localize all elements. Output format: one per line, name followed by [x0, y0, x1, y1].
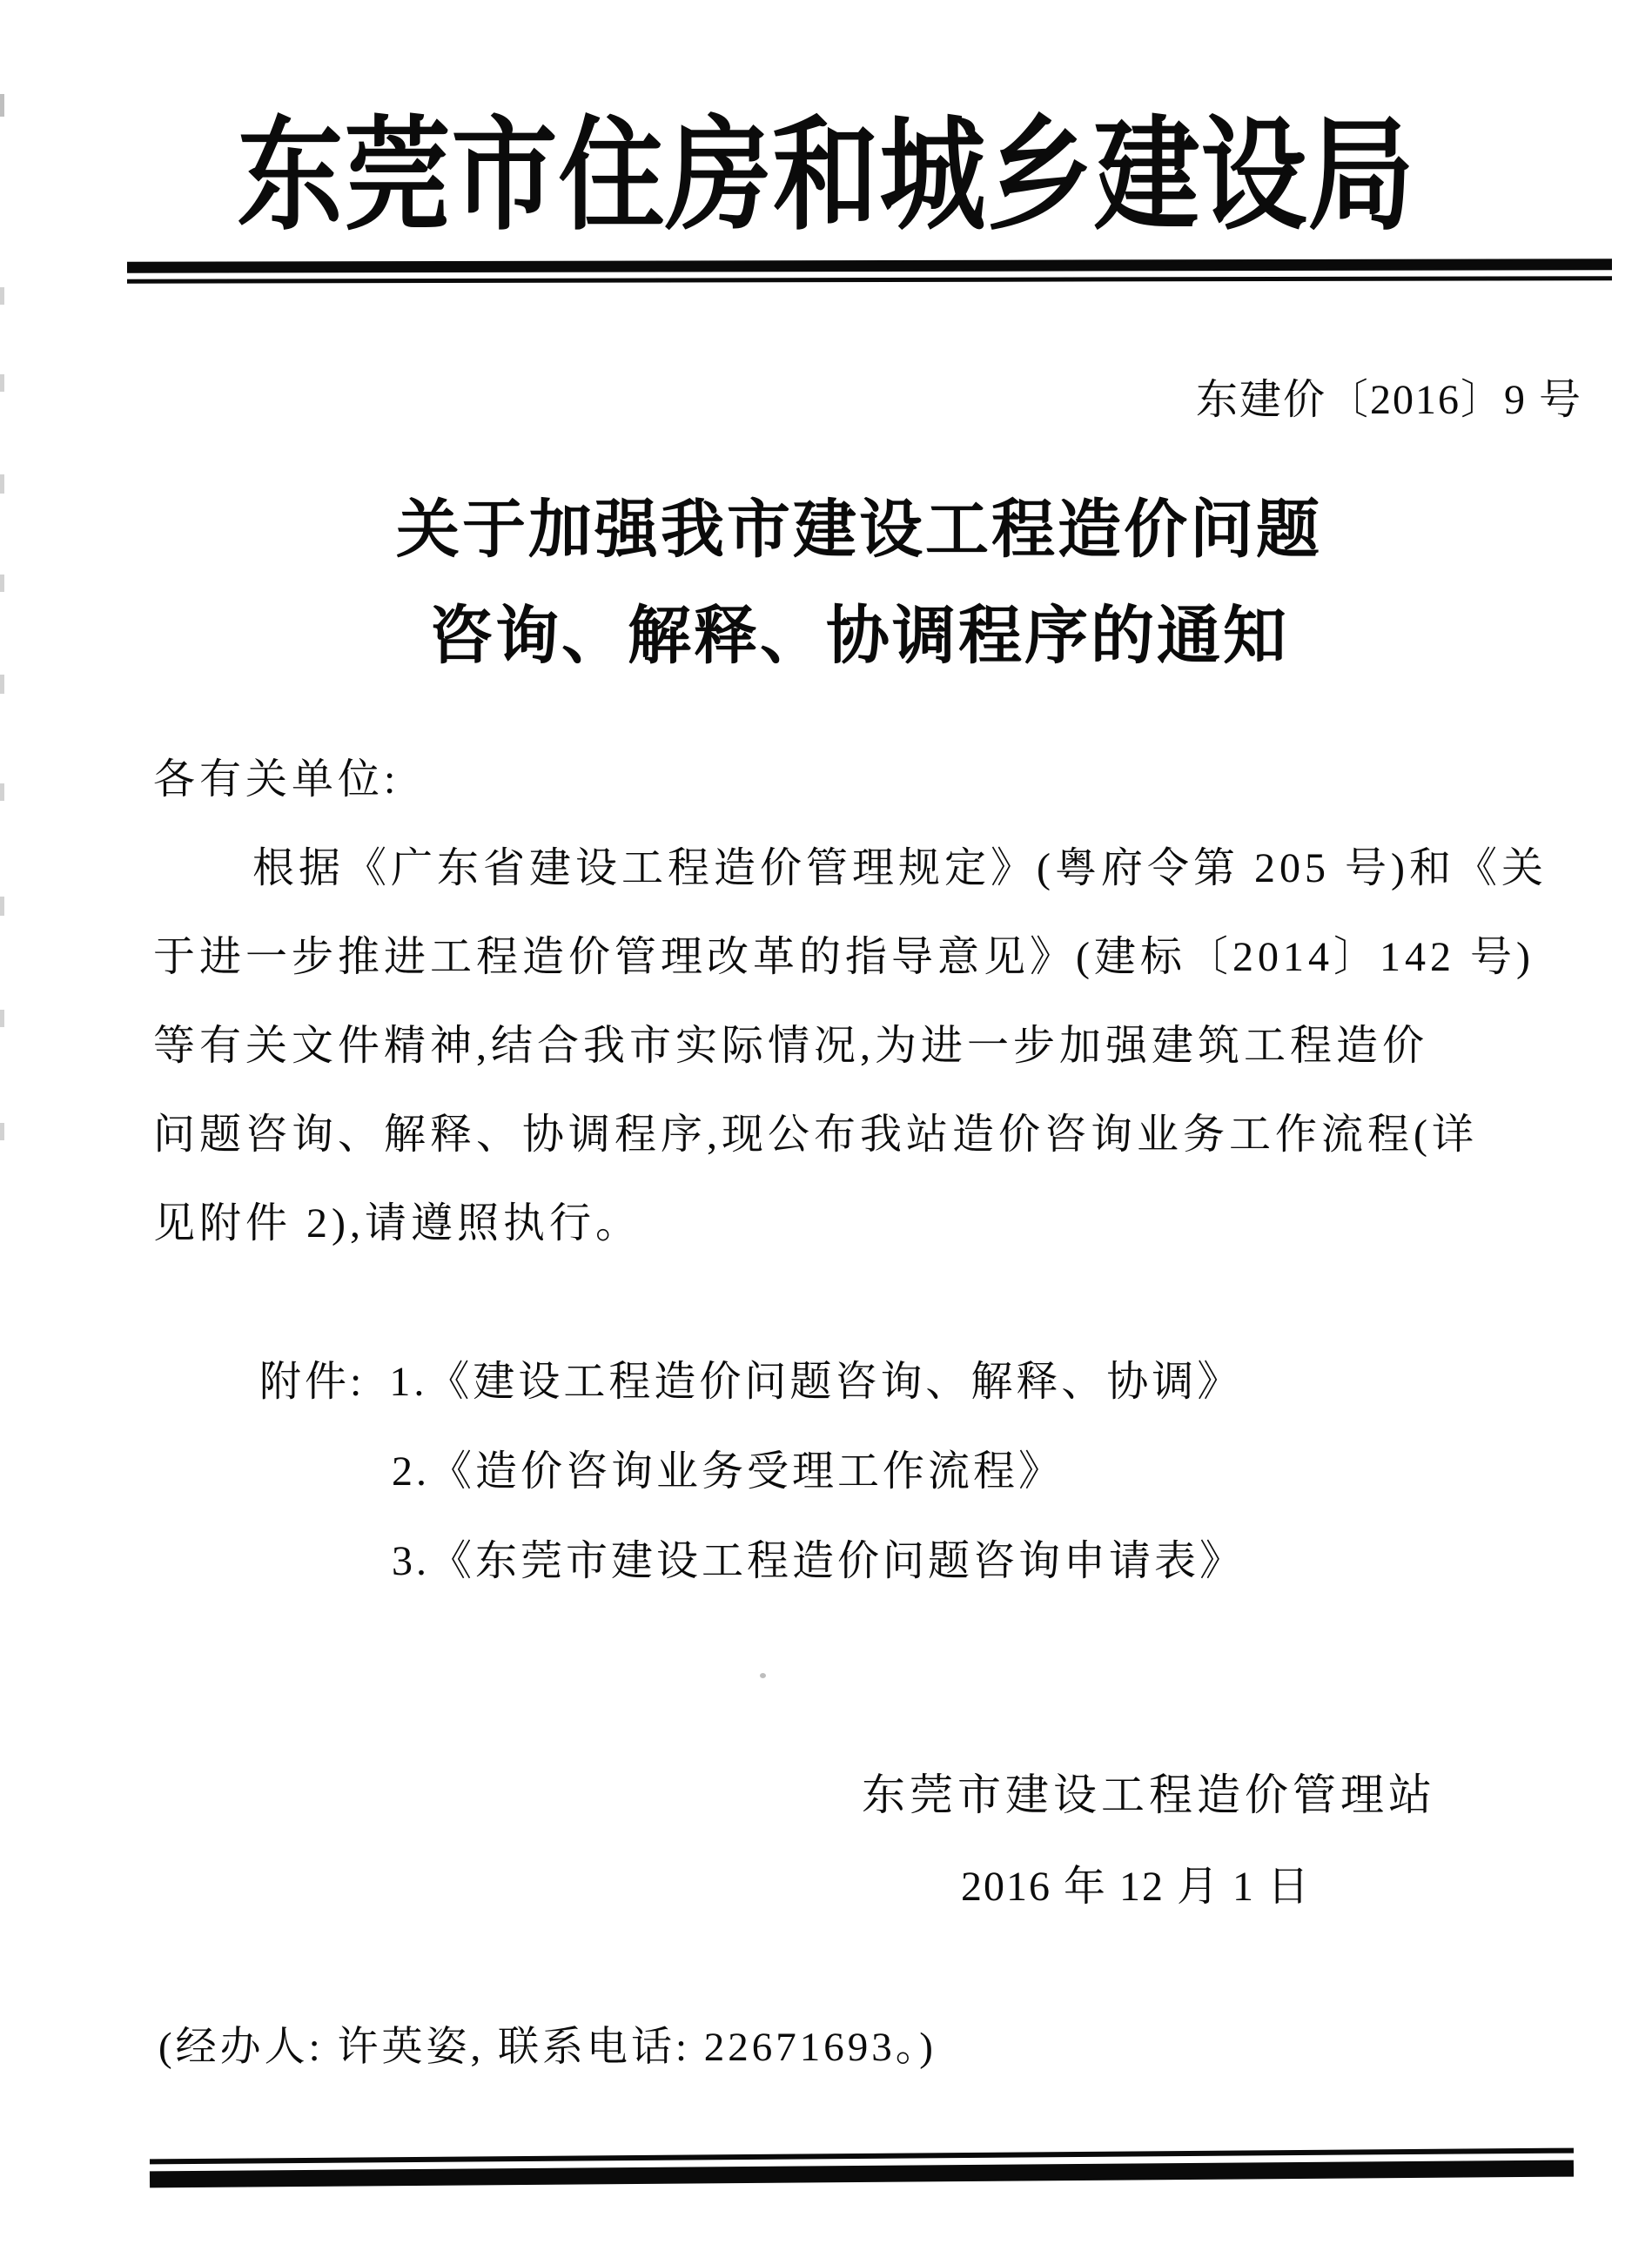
scan-artifact: [0, 897, 4, 916]
attachment-row: 附件: 1.《建设工程造价问题咨询、解释、协调》: [259, 1337, 1245, 1427]
signature-date: 2016 年 12 月 1 日: [944, 1852, 1327, 1912]
body-line: 见附件 2),请遵照执行。: [153, 1179, 1581, 1268]
scan-artifact: [0, 1123, 4, 1140]
document-title-line1: 关于加强我市建设工程造价问题: [66, 477, 1652, 583]
attachment-row: 3.《东莞市建设工程造价问题咨询申请表》: [259, 1516, 1245, 1606]
body-line: 问题咨询、解释、协调程序,现公布我站造价咨询业务工作流程(详: [153, 1091, 1581, 1179]
scan-artifact: [0, 474, 4, 494]
document-title: 关于加强我市建设工程造价问题 咨询、解释、协调程序的通知: [66, 477, 1652, 689]
body-line: 根据《广东省建设工程造价管理规定》(粤府令第 205 号)和《关: [153, 824, 1581, 913]
scanned-official-notice: 东莞市住房和城乡建设局 东建价〔2016〕9 号 关于加强我市建设工程造价问题 …: [0, 0, 1652, 2251]
scan-artifact: [0, 1010, 4, 1027]
letterhead-rule-thick: [127, 259, 1612, 273]
scan-artifact: [0, 94, 4, 117]
attachments-list: 附件: 1.《建设工程造价问题咨询、解释、协调》 2.《造价咨询业务受理工作流程…: [259, 1337, 1245, 1606]
document-body: 各有关单位: 根据《广东省建设工程造价管理规定》(粤府令第 205 号)和《关 …: [153, 736, 1581, 1268]
scan-artifact: [0, 783, 4, 801]
scan-speck: [760, 1673, 766, 1678]
attachment-item: 2.《造价咨询业务受理工作流程》: [392, 1427, 1064, 1516]
attachment-item: 1.《建设工程造价问题咨询、解释、协调》: [389, 1337, 1242, 1427]
body-line: 于进一步推进工程造价管理改革的指导意见》(建标〔2014〕142 号): [153, 913, 1581, 1002]
letterhead-rule-thin: [127, 276, 1612, 284]
attachments-label: 附件:: [259, 1337, 365, 1427]
signature-org: 东莞市建设工程造价管理站: [853, 1760, 1445, 1823]
salutation: 各有关单位:: [153, 736, 1581, 824]
body-line: 等有关文件精神,结合我市实际情况,为进一步加强建筑工程造价: [153, 1002, 1581, 1091]
attachment-row: 2.《造价咨询业务受理工作流程》: [259, 1427, 1245, 1516]
scan-artifact: [0, 287, 4, 305]
footer-rule-thick: [150, 2160, 1574, 2188]
handler-contact-note: (经办人: 许英姿, 联系电话: 22671693。): [158, 2014, 937, 2073]
scan-artifact: [0, 374, 4, 392]
document-number: 东建价〔2016〕9 号: [1196, 366, 1582, 426]
letterhead-agency-name: 东莞市住房和城乡建设局: [0, 77, 1652, 253]
scan-artifact: [0, 575, 4, 592]
document-title-line2: 咨询、解释、协调程序的通知: [66, 583, 1652, 689]
scan-artifact: [0, 675, 4, 694]
attachment-item: 3.《东莞市建设工程造价问题咨询申请表》: [392, 1516, 1245, 1606]
